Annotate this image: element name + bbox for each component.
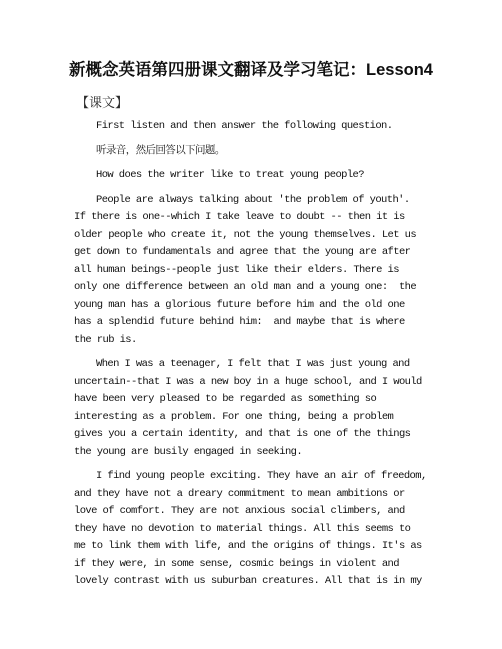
section-label: 【课文】 — [76, 95, 502, 111]
document-page: 新概念英语第四册课文翻译及学习笔记：Lesson4 【课文】 First lis… — [0, 0, 502, 649]
listening-instruction-chinese: 听录音，然后回答以下问题。 — [74, 143, 434, 161]
text-paragraph-2: When I was a teenager, I felt that I was… — [74, 356, 434, 461]
text-paragraph-1: People are always talking about 'the pro… — [74, 192, 434, 350]
comprehension-question: How does the writer like to treat young … — [74, 167, 434, 185]
document-title: 新概念英语第四册课文翻译及学习笔记：Lesson4 — [10, 60, 492, 80]
listening-instruction-english: First listen and then answer the followi… — [74, 118, 434, 136]
text-paragraph-3: I find young people exciting. They have … — [74, 468, 434, 591]
